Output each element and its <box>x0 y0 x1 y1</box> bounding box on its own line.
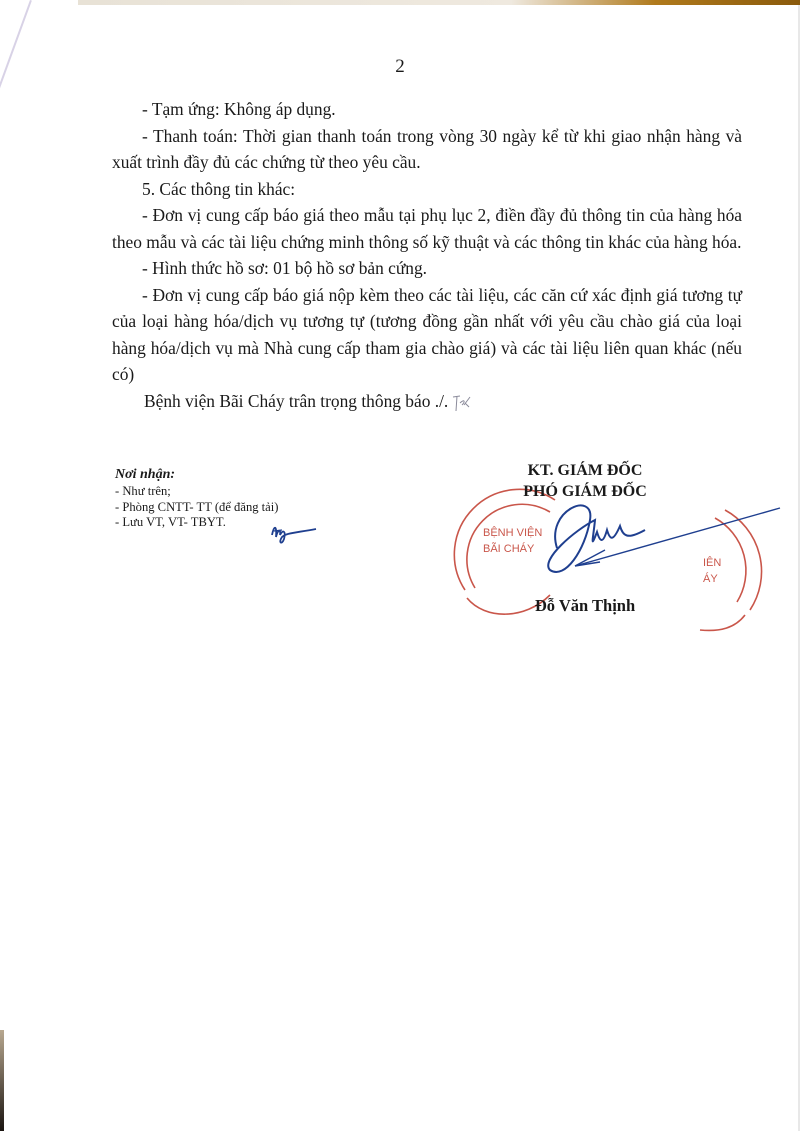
signature-block: KT. GIÁM ĐỐC PHÓ GIÁM ĐỐC <box>480 460 690 502</box>
scan-edge-top <box>78 0 800 5</box>
paper-fold-line <box>0 0 32 104</box>
paragraph-payment: - Thanh toán: Thời gian thanh toán trong… <box>112 123 742 176</box>
paragraph-supporting-docs: - Đơn vị cung cấp báo giá nộp kèm theo c… <box>112 282 742 388</box>
recipient-item: - Như trên; <box>115 484 278 500</box>
recipient-item: - Lưu VT, VT- TBYT. <box>115 515 278 531</box>
svg-text:BÃI CHÁY: BÃI CHÁY <box>483 542 535 555</box>
scan-edge-left <box>0 1030 4 1131</box>
paragraph-quote-template: - Đơn vị cung cấp báo giá theo mẫu tại p… <box>112 202 742 255</box>
paragraph-advance-payment: - Tạm ứng: Không áp dụng. <box>112 96 742 123</box>
recipients-title: Nơi nhận: <box>115 466 278 484</box>
section-other-info: 5. Các thông tin khác: <box>112 176 742 203</box>
signer-position: PHÓ GIÁM ĐỐC <box>480 481 690 502</box>
closing-line: Bệnh viện Bãi Cháy trân trọng thông báo … <box>112 388 742 415</box>
document-body: - Tạm ứng: Không áp dụng. - Thanh toán: … <box>112 96 742 414</box>
paragraph-dossier-form: - Hình thức hồ sơ: 01 bộ hồ sơ bản cứng. <box>112 255 742 282</box>
page-number: 2 <box>0 56 800 78</box>
recipient-item: - Phòng CNTT- TT (để đăng tải) <box>115 500 278 516</box>
closing-text: Bệnh viện Bãi Cháy trân trọng thông báo … <box>144 391 448 411</box>
signer-name: Đỗ Văn Thịnh <box>480 596 690 616</box>
clerk-signature-icon <box>268 519 320 547</box>
svg-text:IÊN: IÊN <box>703 556 721 569</box>
stamp-text: BỆNH VIỆN <box>483 526 542 539</box>
recipients-block: Nơi nhận: - Như trên; - Phòng CNTT- TT (… <box>115 466 278 531</box>
svg-text:ÁY: ÁY <box>703 572 718 585</box>
signer-authority: KT. GIÁM ĐỐC <box>480 460 690 481</box>
handwritten-initials-icon <box>450 393 474 413</box>
